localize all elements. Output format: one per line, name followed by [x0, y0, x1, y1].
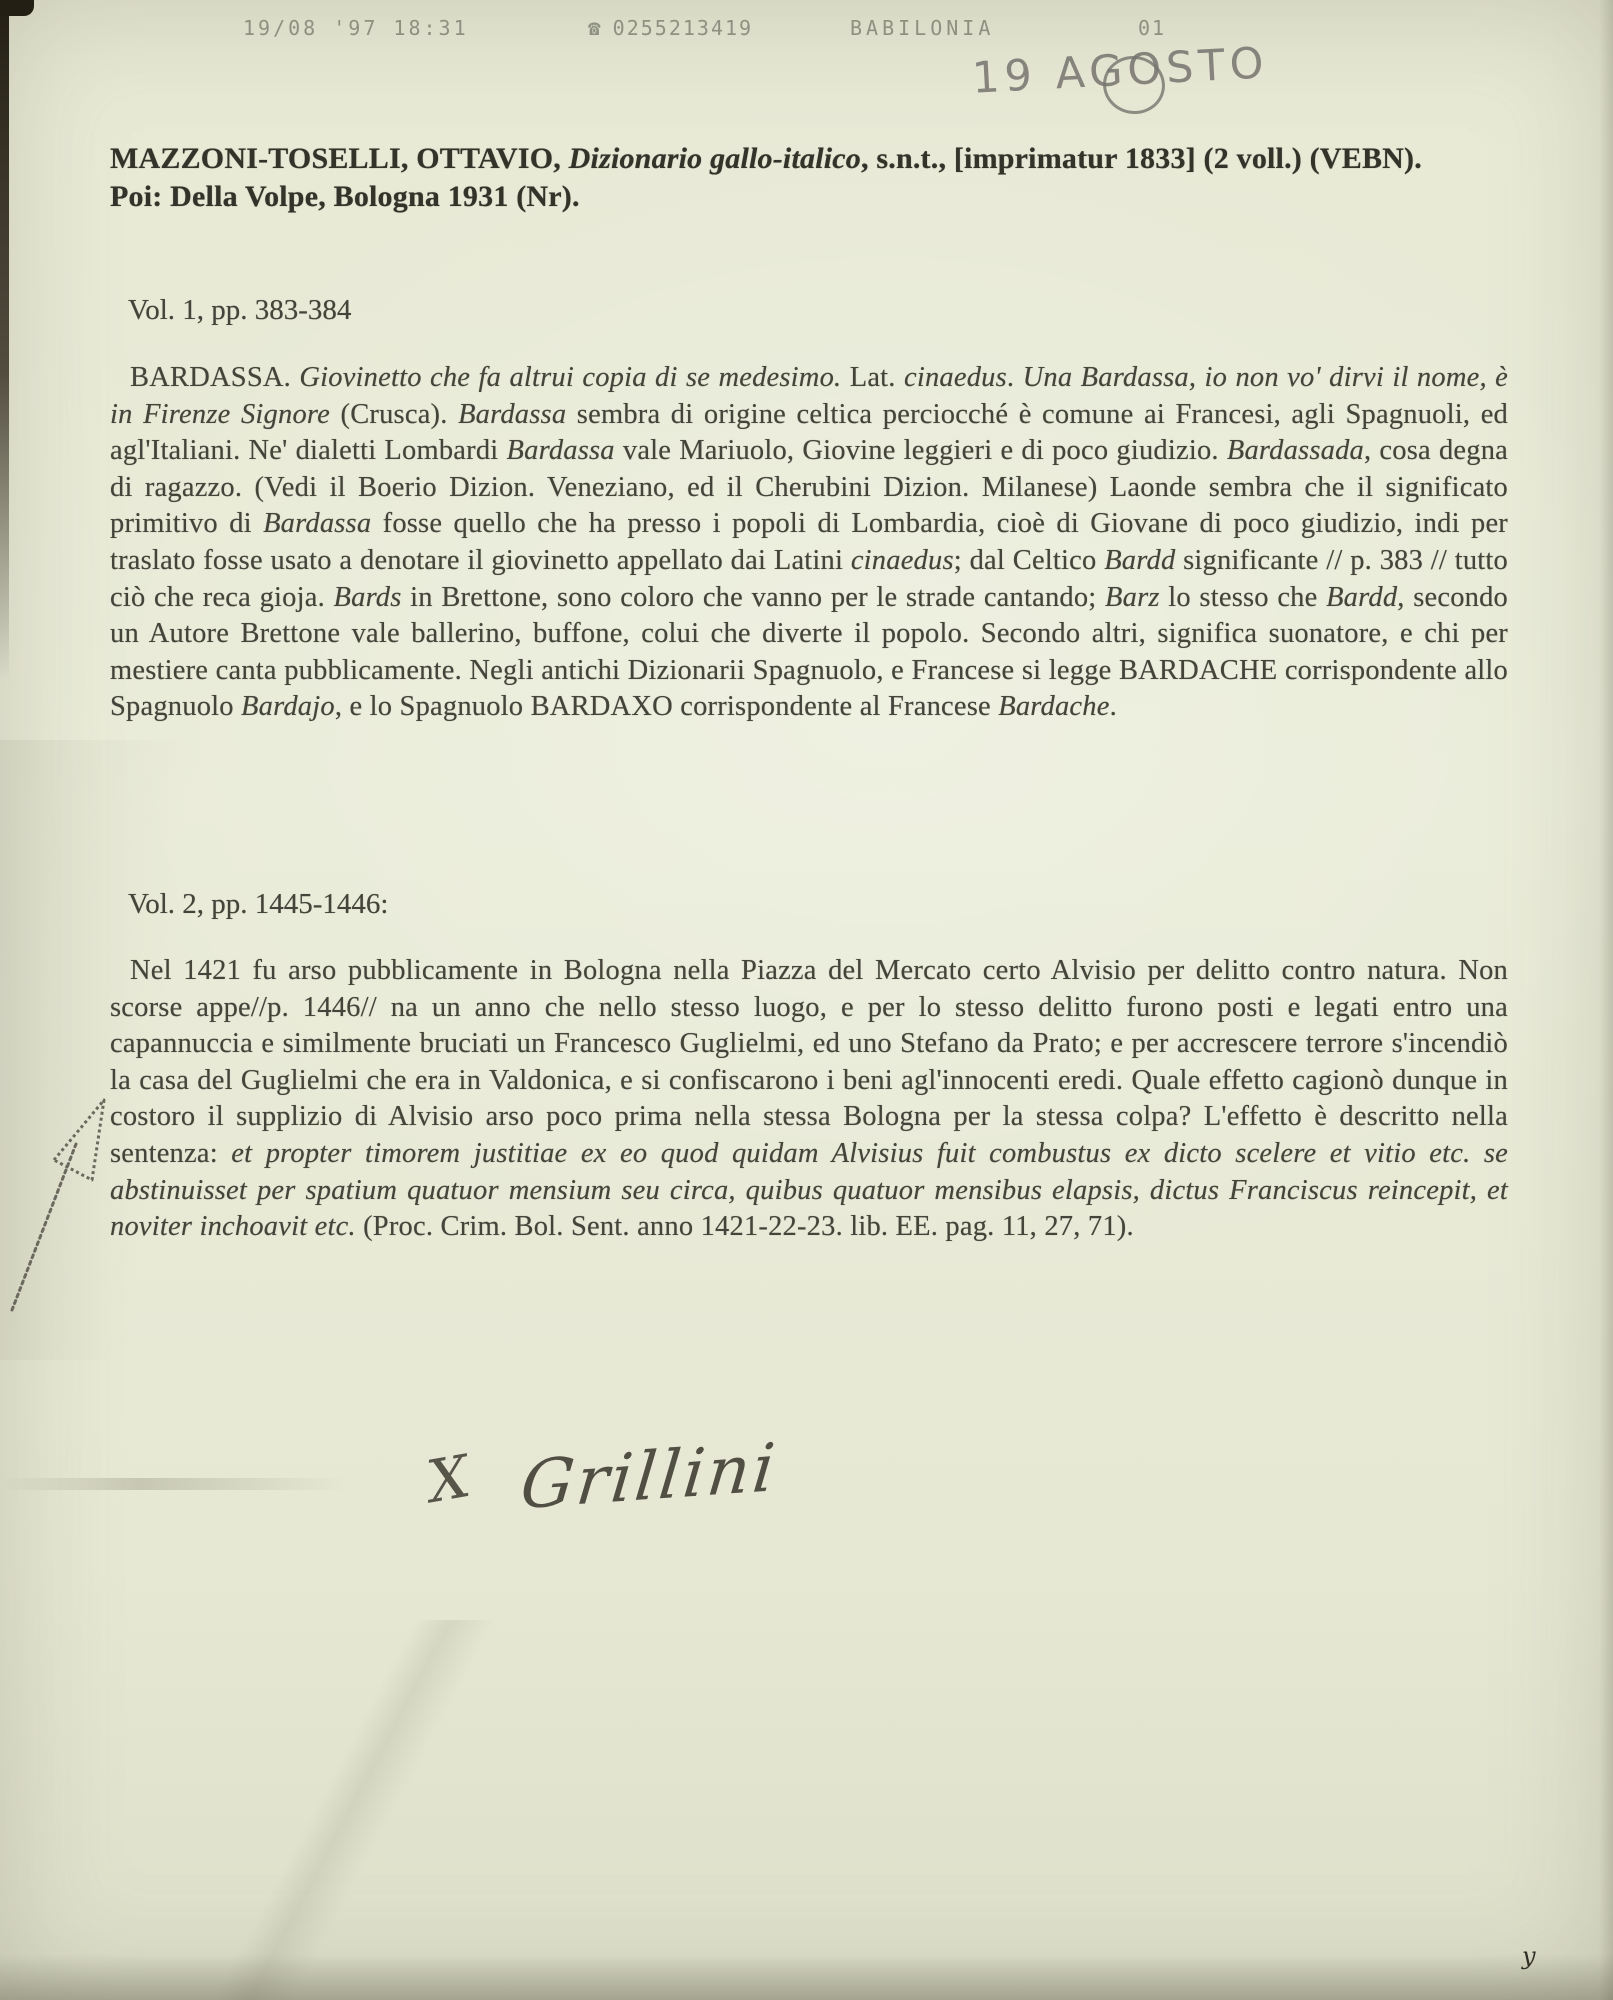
scan-edge-corner [0, 0, 34, 16]
phone-icon: ☎ [588, 16, 603, 40]
volume-1-label: Vol. 1, pp. 383-384 [128, 294, 351, 327]
scan-edge-shadow-right [1599, 0, 1613, 2000]
fax-page-number: 01 [1138, 16, 1166, 40]
signature-name: Grillini [518, 1429, 782, 1525]
volume-2-paragraph: Nel 1421 fu arso pubblicamente in Bologn… [110, 953, 1508, 1246]
signature: X Grillini [428, 1438, 778, 1515]
signature-x-mark: X [422, 1442, 474, 1516]
scan-edge-shadow-bottom [0, 1954, 1613, 2000]
scanned-fax-page: 19/08 '97 18:31 ☎0255213419 BABILONIA 01… [0, 0, 1613, 2000]
margin-arrow-annotation [4, 1082, 134, 1317]
fax-station-name: BABILONIA [850, 16, 994, 40]
volume-1-paragraph: BARDASSA. Giovinetto che fa altrui copia… [110, 360, 1508, 726]
paper-crease [0, 1620, 700, 2000]
bibliographic-heading: MAZZONI-TOSELLI, OTTAVIO, Dizionario gal… [110, 140, 1470, 216]
pencil-smudge [0, 1478, 350, 1490]
scan-edge-shadow-left [0, 0, 9, 680]
fax-number-line: ☎0255213419 [588, 16, 753, 40]
fax-datetime: 19/08 '97 18:31 [243, 16, 469, 40]
fax-number: 0255213419 [613, 16, 753, 40]
volume-2-label: Vol. 2, pp. 1445-1446: [128, 888, 388, 921]
corner-mark: y [1522, 1942, 1536, 1970]
